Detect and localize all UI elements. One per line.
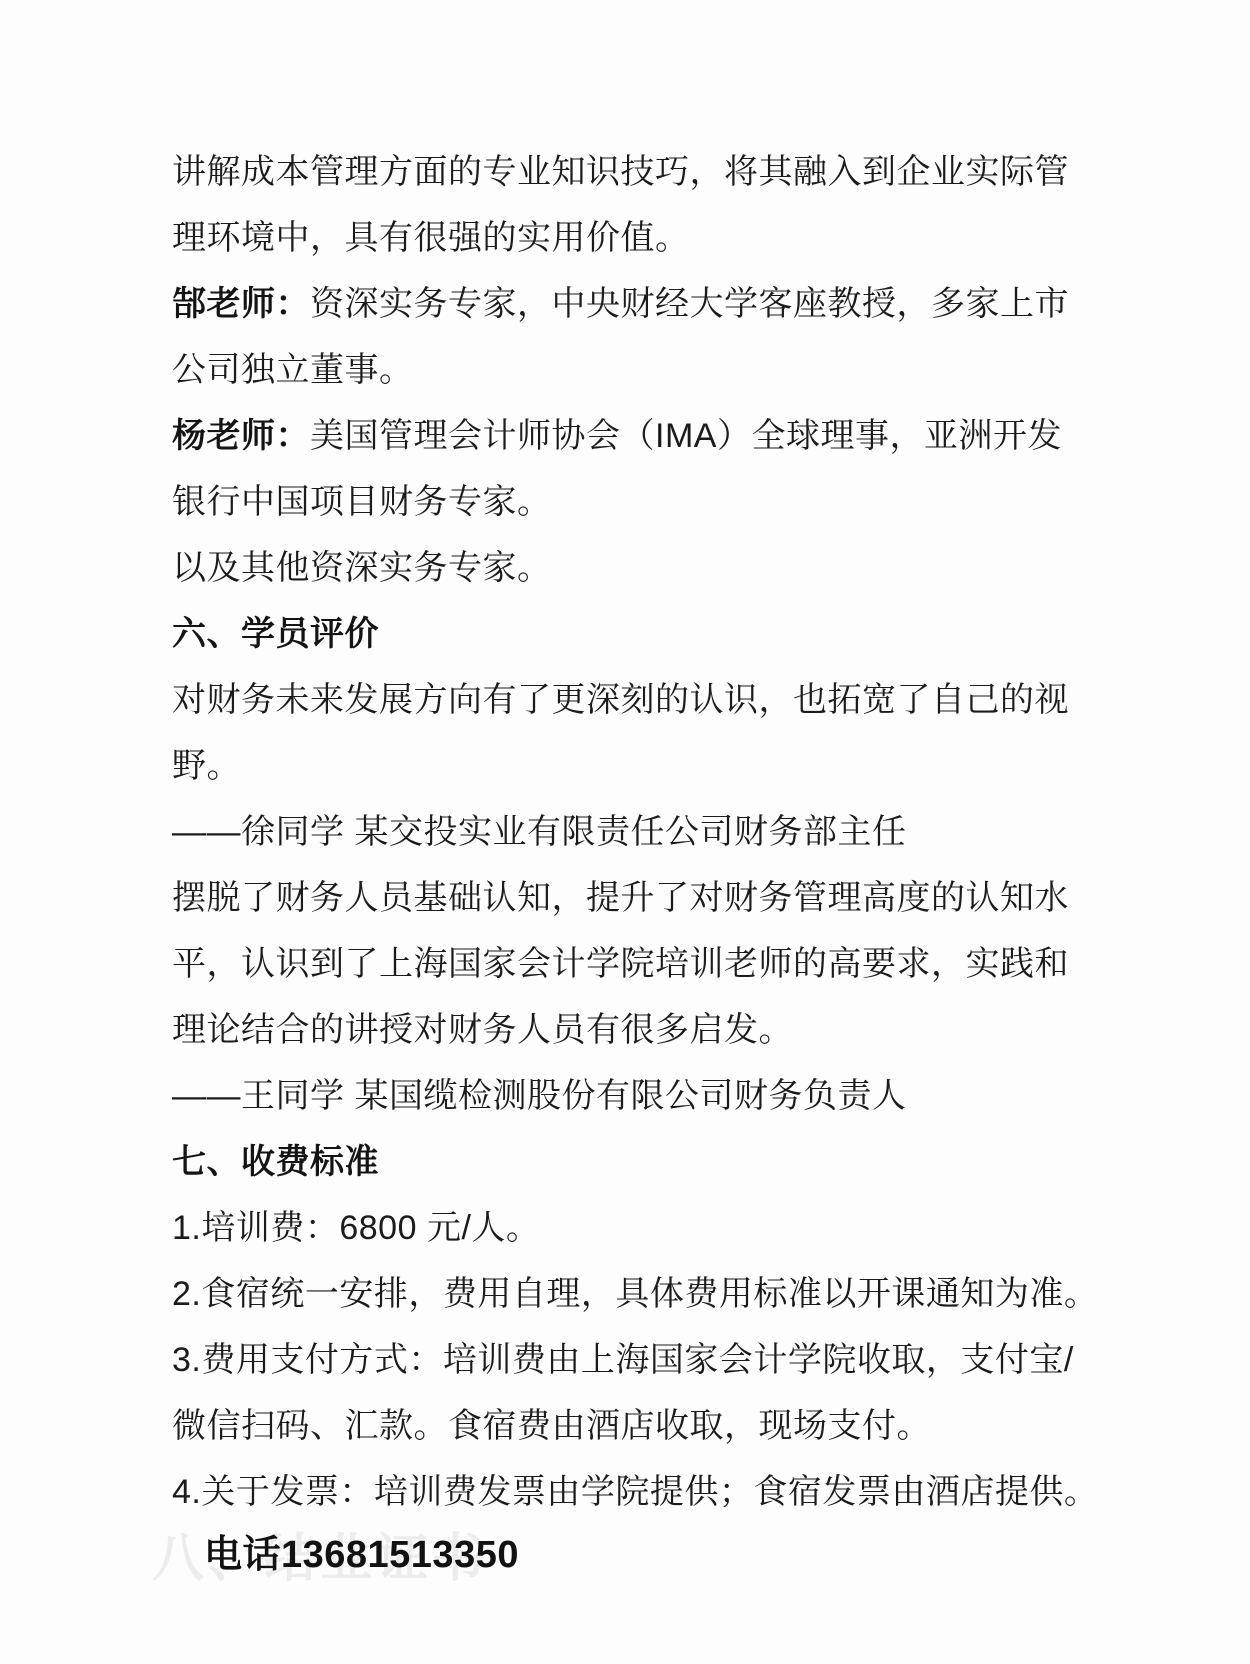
body-text: ——徐同学 某交投实业有限责任公司财务部主任	[172, 813, 906, 851]
text-line: 摆脱了财务人员基础认知，提升了对财务管理高度的认知水	[172, 865, 1182, 931]
body-text: ——王同学 某国缆检测股份有限公司财务负责人	[172, 1077, 906, 1115]
text-line: 以及其他资深实务专家。	[172, 535, 1182, 601]
text-line: 郜老师：资深实务专家，中央财经大学客座教授，多家上市	[172, 271, 1182, 337]
body-text: 2.食宿统一安排，费用自理，具体费用标准以开课通知为准。	[172, 1275, 1098, 1313]
text-line: 讲解成本管理方面的专业知识技巧，将其融入到企业实际管	[172, 139, 1182, 205]
text-line: 理论结合的讲授对财务人员有很多启发。	[172, 997, 1182, 1063]
body-text: 1.培训费：6800 元/人。	[172, 1209, 540, 1247]
text-line: 3.费用支付方式：培训费由上海国家会计学院收取，支付宝/	[172, 1327, 1182, 1393]
heading-text: 杨老师：	[172, 417, 310, 455]
body-text: 理环境中，具有很强的实用价值。	[172, 219, 690, 257]
text-line: 野。	[172, 733, 1182, 799]
heading-text: 六、学员评价	[172, 615, 379, 653]
body-text: 理论结合的讲授对财务人员有很多启发。	[172, 1011, 793, 1049]
body-text: 野。	[172, 747, 241, 785]
text-line: 平，认识到了上海国家会计学院培训老师的高要求，实践和	[172, 931, 1182, 997]
body-text: 4.关于发票：培训费发票由学院提供；食宿发票由酒店提供。	[172, 1473, 1098, 1511]
document-page: 讲解成本管理方面的专业知识技巧，将其融入到企业实际管理环境中，具有很强的实用价值…	[0, 0, 1250, 1664]
heading-text: 郜老师：	[172, 285, 310, 323]
body-text: 3.费用支付方式：培训费由上海国家会计学院收取，支付宝/	[172, 1341, 1074, 1379]
body-text: 美国管理会计师协会（IMA）全球理事，亚洲开发	[310, 417, 1062, 455]
body-text: 对财务未来发展方向有了更深刻的认识，也拓宽了自己的视	[172, 681, 1069, 719]
body-text: 摆脱了财务人员基础认知，提升了对财务管理高度的认知水	[172, 879, 1069, 917]
document-body: 讲解成本管理方面的专业知识技巧，将其融入到企业实际管理环境中，具有很强的实用价值…	[172, 139, 1182, 1525]
body-text: 公司独立董事。	[172, 351, 414, 389]
body-text: 讲解成本管理方面的专业知识技巧，将其融入到企业实际管	[172, 153, 1069, 191]
body-text: 资深实务专家，中央财经大学客座教授，多家上市	[310, 285, 1069, 323]
text-line: 1.培训费：6800 元/人。	[172, 1195, 1182, 1261]
text-line: 理环境中，具有很强的实用价值。	[172, 205, 1182, 271]
body-text: 以及其他资深实务专家。	[172, 549, 552, 587]
heading-text: 七、收费标准	[172, 1143, 379, 1181]
phone-number: 电话13681513350	[204, 1523, 519, 1578]
text-line: 微信扫码、汇款。食宿费由酒店收取，现场支付。	[172, 1393, 1182, 1459]
text-line: 2.食宿统一安排，费用自理，具体费用标准以开课通知为准。	[172, 1261, 1182, 1327]
body-text: 银行中国项目财务专家。	[172, 483, 552, 521]
text-line: 公司独立董事。	[172, 337, 1182, 403]
body-text: 平，认识到了上海国家会计学院培训老师的高要求，实践和	[172, 945, 1069, 983]
text-line: 对财务未来发展方向有了更深刻的认识，也拓宽了自己的视	[172, 667, 1182, 733]
text-line: ——王同学 某国缆检测股份有限公司财务负责人	[172, 1063, 1182, 1129]
text-line: 杨老师：美国管理会计师协会（IMA）全球理事，亚洲开发	[172, 403, 1182, 469]
text-line: 六、学员评价	[172, 601, 1182, 667]
text-line: ——徐同学 某交投实业有限责任公司财务部主任	[172, 799, 1182, 865]
text-line: 银行中国项目财务专家。	[172, 469, 1182, 535]
text-line: 七、收费标准	[172, 1129, 1182, 1195]
body-text: 微信扫码、汇款。食宿费由酒店收取，现场支付。	[172, 1407, 931, 1445]
